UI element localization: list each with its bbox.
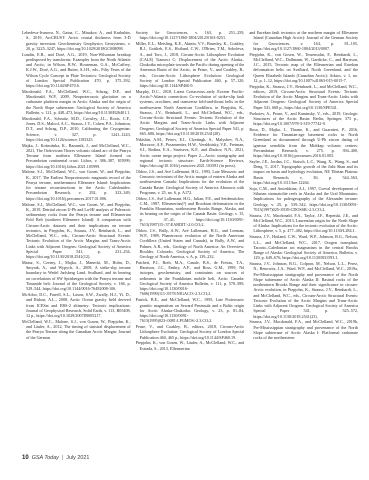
- journal-name: GSA Today: [32, 455, 59, 461]
- reference-entry: Strauss, J.V., Macdonald, F.A., and McCl…: [249, 319, 358, 340]
- reference-entry: Patchett, P.J., Roth, M.A., Canale, B.S.…: [136, 260, 245, 297]
- reference-entry: Malone, S.J., McClelland, W.C., von Gose…: [22, 202, 131, 260]
- reference-entry: and Eurekan fault tectonics at the north…: [249, 30, 358, 51]
- reference-entry: Strauss, J.V., Hoiland, C.W., Ward, W.P.…: [249, 234, 358, 260]
- reference-entry: McAdoo, D.C., Farrell, S.L., Laxon, S.W.…: [22, 292, 131, 318]
- reference-entry: Macdonald, F.A., McClelland, W.C., Schra…: [22, 89, 131, 115]
- reference-entry: Murphy, D.C., 2018, Latest Cretaceous–ea…: [136, 89, 245, 136]
- reference-entry: Strauss, J.V., Macdonald, F.A., Taylor, …: [249, 213, 358, 234]
- page-number: 10: [22, 455, 29, 461]
- reference-entry: Mazur, S., Czerny, J., Majka, J., Maneck…: [22, 260, 131, 292]
- reference-entry: Soja, C.M., and Antoshkina, A.I., 1997, …: [249, 186, 358, 212]
- reference-entry: Piepjohn, K., von Gosen, W., Läufer, A.,…: [136, 340, 245, 351]
- reference-entry: Piepjohn, K., Strauss, J.V., Reinhardt, …: [249, 84, 358, 110]
- reference-column-1: Lebedeva-Ivanova, N., Gaina, C., Minakov…: [22, 30, 131, 440]
- reference-entry: Sayler, J.E., Jordan, J.C., Staisch, L.C…: [249, 159, 358, 185]
- footer-separator: |: [62, 455, 63, 461]
- reference-entry: Pease, V., and Coakley, B., editors, 201…: [136, 324, 245, 340]
- reference-entry: Miller, E.L., Meisling, K.E., Akinin, V.…: [136, 41, 245, 88]
- reference-entry: Prokoiev, A., Pease, V., and Kaminsky, V…: [249, 111, 358, 127]
- reference-entry: Oldow, J.S., and Avé Lallemant, H.G., 19…: [136, 169, 245, 195]
- reference-entry: McClelland, W.C., Malone, S.J., von Gose…: [22, 319, 131, 340]
- reference-entry: Patrick, B.E., and McClelland, W.C., 199…: [136, 297, 245, 323]
- page-footer: 10 GSA Today | July 2021: [22, 455, 89, 461]
- reference-entry: Rosa, D., Majka, J., Thrane, K., and Gua…: [249, 127, 358, 159]
- issue-date: July 2021: [66, 455, 89, 461]
- reference-entry: Oldow, J.S., Avé Lallemant, H.G., Julian…: [136, 196, 245, 228]
- reference-entry: Lebedeva-Ivanova, N., Gaina, C., Minakov…: [22, 30, 131, 51]
- reference-entry: Piepjohn, K., von Gosen, W., Tessensohn,…: [249, 52, 358, 84]
- reference-entry: Oldow, J.S., Bally, A.W., Avé Lallemant,…: [136, 228, 245, 260]
- reference-columns: Lebedeva-Ivanova, N., Gaina, C., Minakov…: [22, 30, 358, 440]
- reference-entry: Malone, S.J., McClelland, W.C., von Gose…: [22, 169, 131, 201]
- reference-entry: Macdonald, F.A., Schmitz, M.D., Crowley,…: [22, 116, 131, 142]
- reference-entry: Majka, J., Kośmińska, K., Bazarnik, J., …: [22, 143, 131, 169]
- journal-page: Lebedeva-Ivanova, N., Gaina, C., Minakov…: [0, 0, 369, 480]
- reference-column-3: and Eurekan fault tectonics at the north…: [249, 30, 358, 440]
- reference-entry: Society for Geosciences, v. 163, p. 251–…: [136, 30, 245, 41]
- reference-entry: Strauss, J.V., Johnson, B.G., Colpron, M…: [249, 261, 358, 319]
- reference-entry: Nikishin, A.M., Petrov, E.I., Cloetingh,…: [136, 137, 245, 169]
- reference-entry: Lundin, E.R., and Doré, A.G., 2019, Non-…: [22, 52, 131, 89]
- reference-column-2: Society for Geosciences, v. 163, p. 251–…: [136, 30, 245, 440]
